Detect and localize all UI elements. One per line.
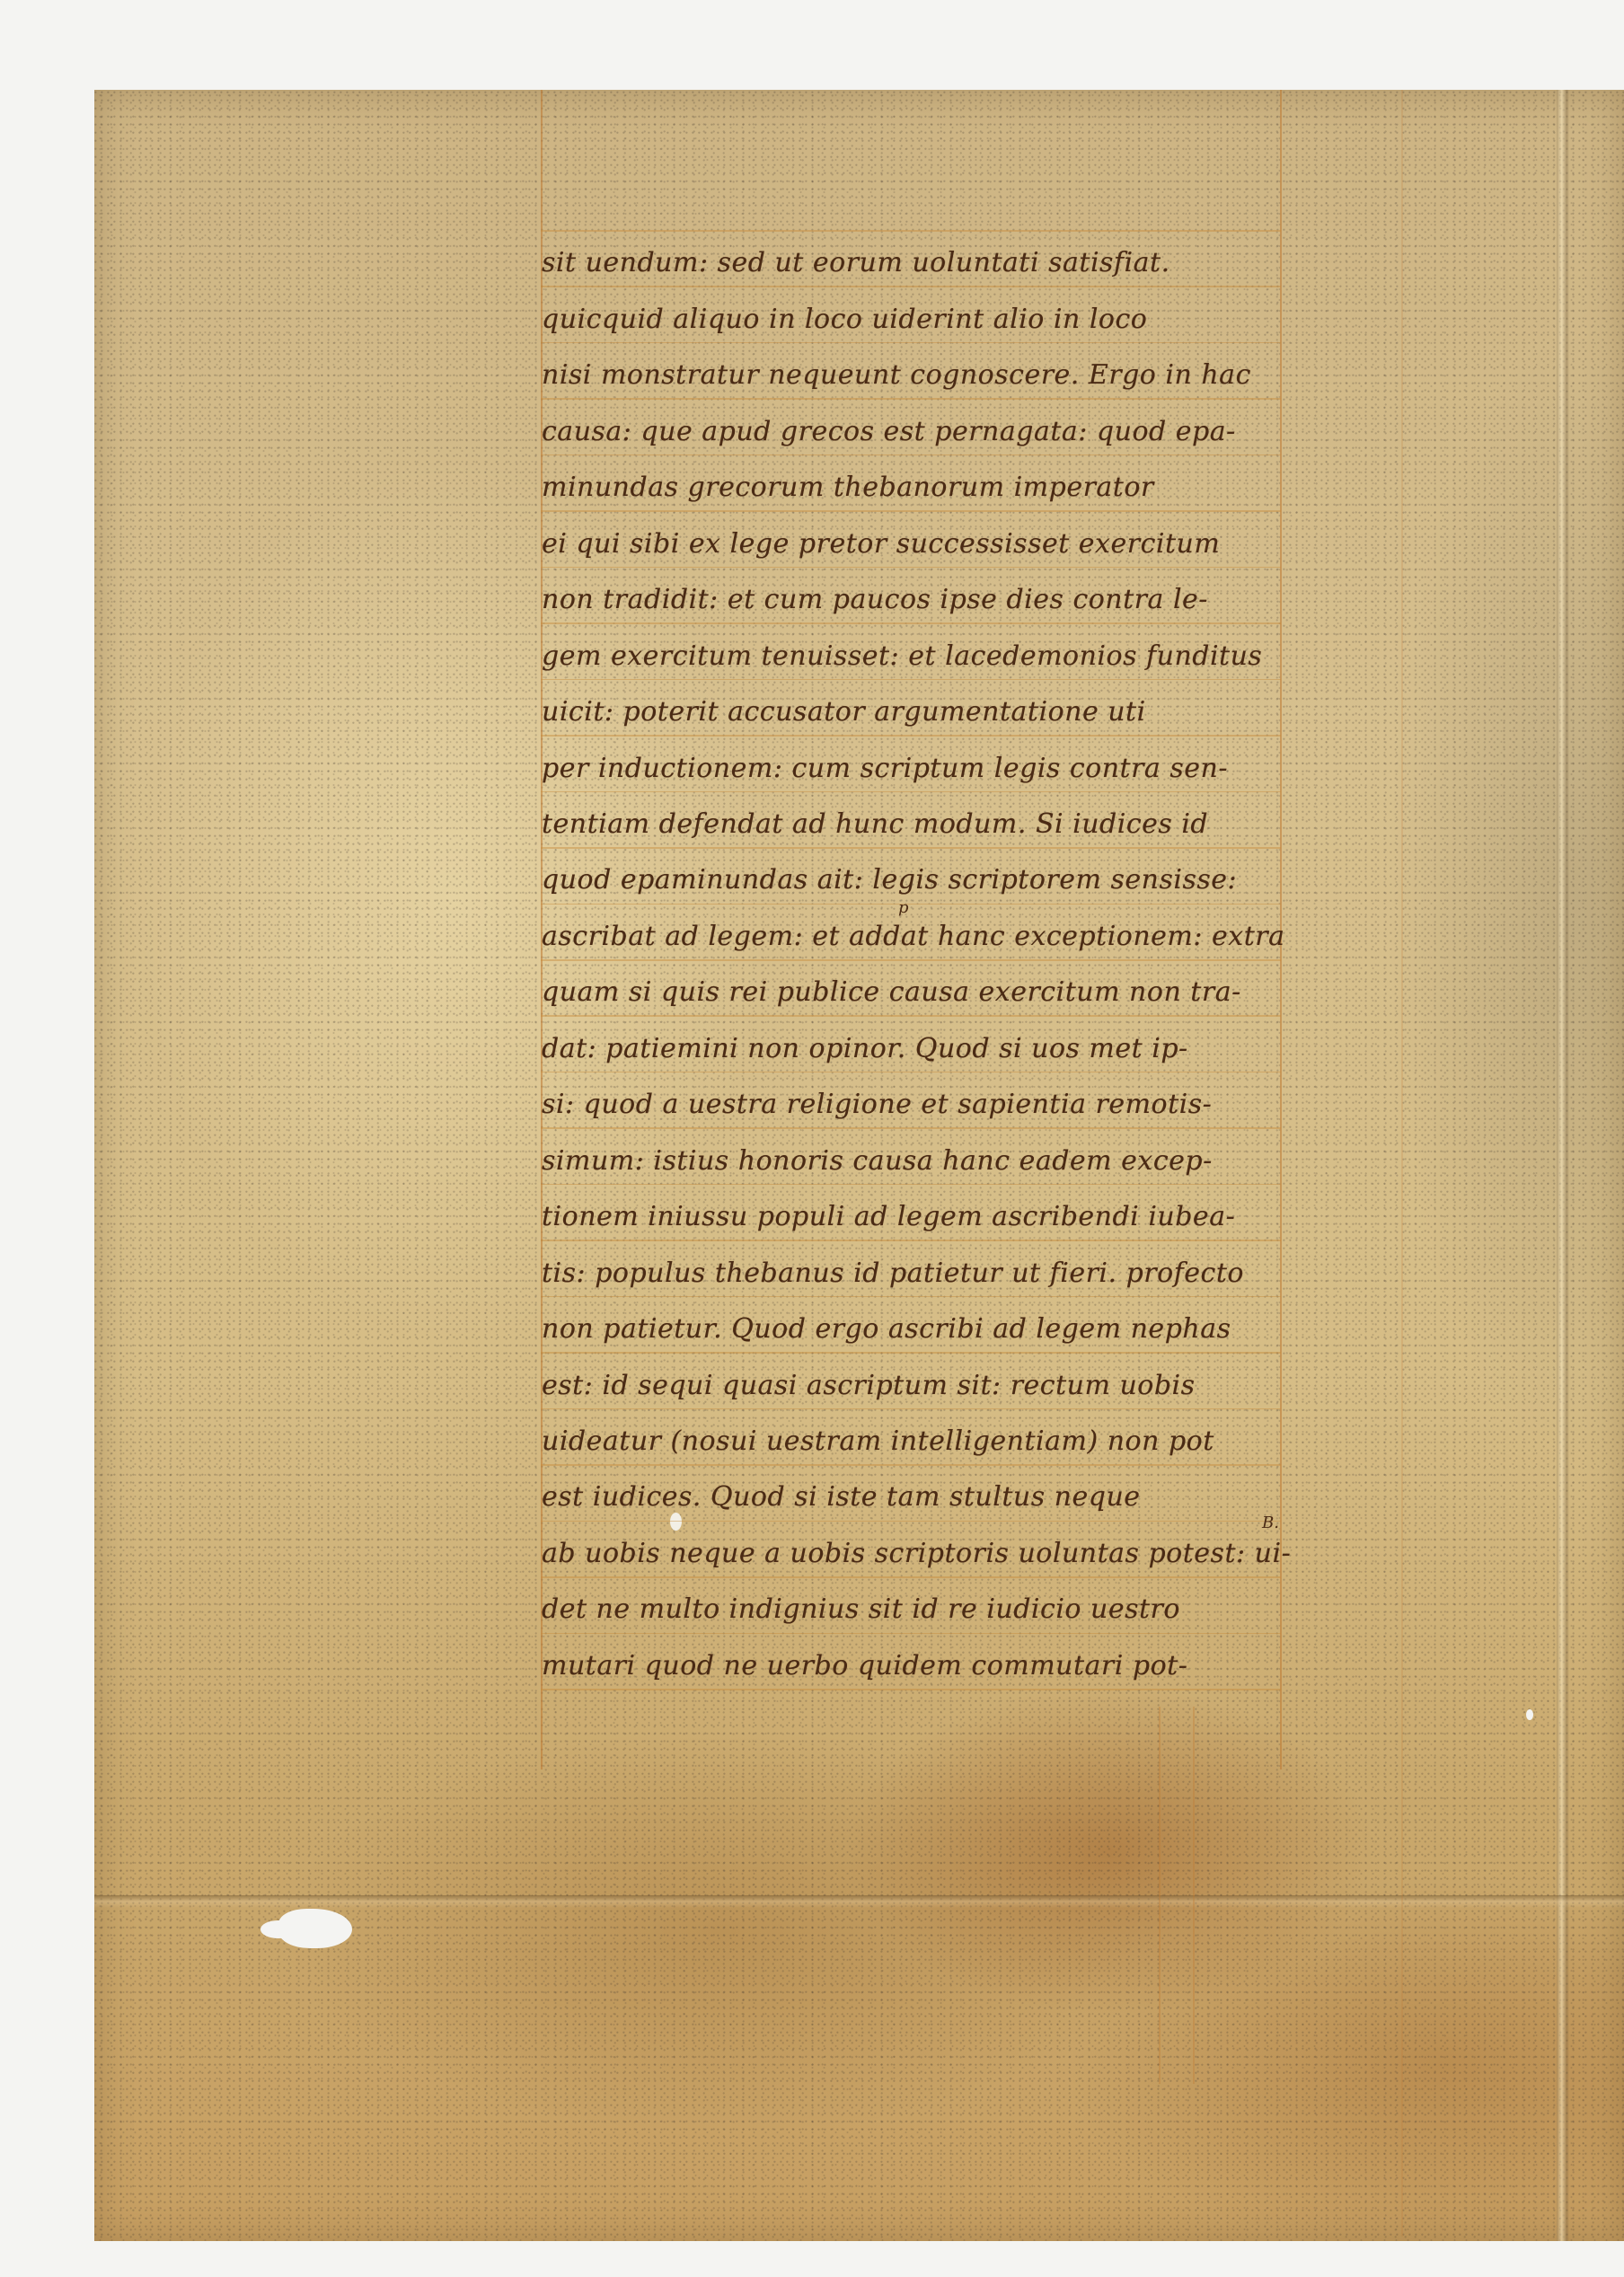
text-line: ab uobis neque a uobis scriptoris uolunt… — [542, 1520, 1296, 1575]
text-line: non patietur. Quod ergo ascribi ad legem… — [542, 1296, 1296, 1352]
text-line: ascribat ad legem: et addat hanc excepti… — [542, 903, 1296, 958]
text-line: sit uendum: sed ut eorum uoluntati satis… — [542, 230, 1296, 286]
text-line: nisi monstratur nequeunt cognoscere. Erg… — [542, 342, 1296, 398]
vertical-fold — [1557, 90, 1569, 2241]
parchment-hole-small — [1526, 1709, 1533, 1720]
text-line: quam si quis rei publice causa exercitum… — [542, 959, 1296, 1015]
text-line: ei qui sibi ex lege pretor successisset … — [542, 510, 1296, 566]
text-line: simum: istius honoris causa hanc eadem e… — [542, 1127, 1296, 1183]
text-line: uicit: poterit accusator argumentatione … — [542, 679, 1296, 735]
text-line: est: id sequi quasi ascriptum sit: rectu… — [542, 1352, 1296, 1408]
horizontal-fold — [94, 1895, 1624, 1908]
text-line: si: quod a uestra religione et sapientia… — [542, 1072, 1296, 1127]
text-line: uideatur (nosui uestram intelligentiam) … — [542, 1408, 1296, 1464]
text-line: tentiam defendat ad hunc modum. Si iudic… — [542, 791, 1296, 847]
text-line: tis: populus thebanus id patietur ut fie… — [542, 1240, 1296, 1295]
parchment-hole — [260, 1920, 296, 1938]
ruling-line-horizontal — [541, 1689, 1281, 1690]
text-line: quicquid aliquo in loco uiderint alio in… — [542, 286, 1296, 341]
ruling-line-bottom — [1193, 1707, 1195, 2084]
text-line: quod epaminundas ait: legis scriptorem s… — [542, 847, 1296, 903]
text-line: non tradidit: et cum paucos ipse dies co… — [542, 567, 1296, 622]
text-line: mutari quod ne uerbo quidem commutari po… — [542, 1632, 1296, 1688]
text-line: gem exercitum tenuisset: et lacedemonios… — [542, 622, 1296, 678]
text-line: det ne multo indignius sit id re iudicio… — [542, 1576, 1296, 1632]
text-line: dat: patiemini non opinor. Quod si uos m… — [542, 1015, 1296, 1071]
text-line: minundas grecorum thebanorum imperator — [542, 455, 1296, 510]
main-text-block: sit uendum: sed ut eorum uoluntati satis… — [542, 230, 1296, 1689]
text-line: est iudices. Quod si iste tam stultus ne… — [542, 1464, 1296, 1520]
outer-ruling-line — [1401, 90, 1403, 2237]
text-line: per inductionem: cum scriptum legis cont… — [542, 735, 1296, 790]
text-line: tionem iniussu populi ad legem ascribend… — [542, 1184, 1296, 1240]
text-line: causa: que apud grecos est pernagata: qu… — [542, 398, 1296, 454]
interlinear-correction: p — [898, 898, 909, 917]
margin-mark: B. — [1262, 1514, 1279, 1532]
ruling-line-bottom — [1159, 1707, 1161, 2084]
